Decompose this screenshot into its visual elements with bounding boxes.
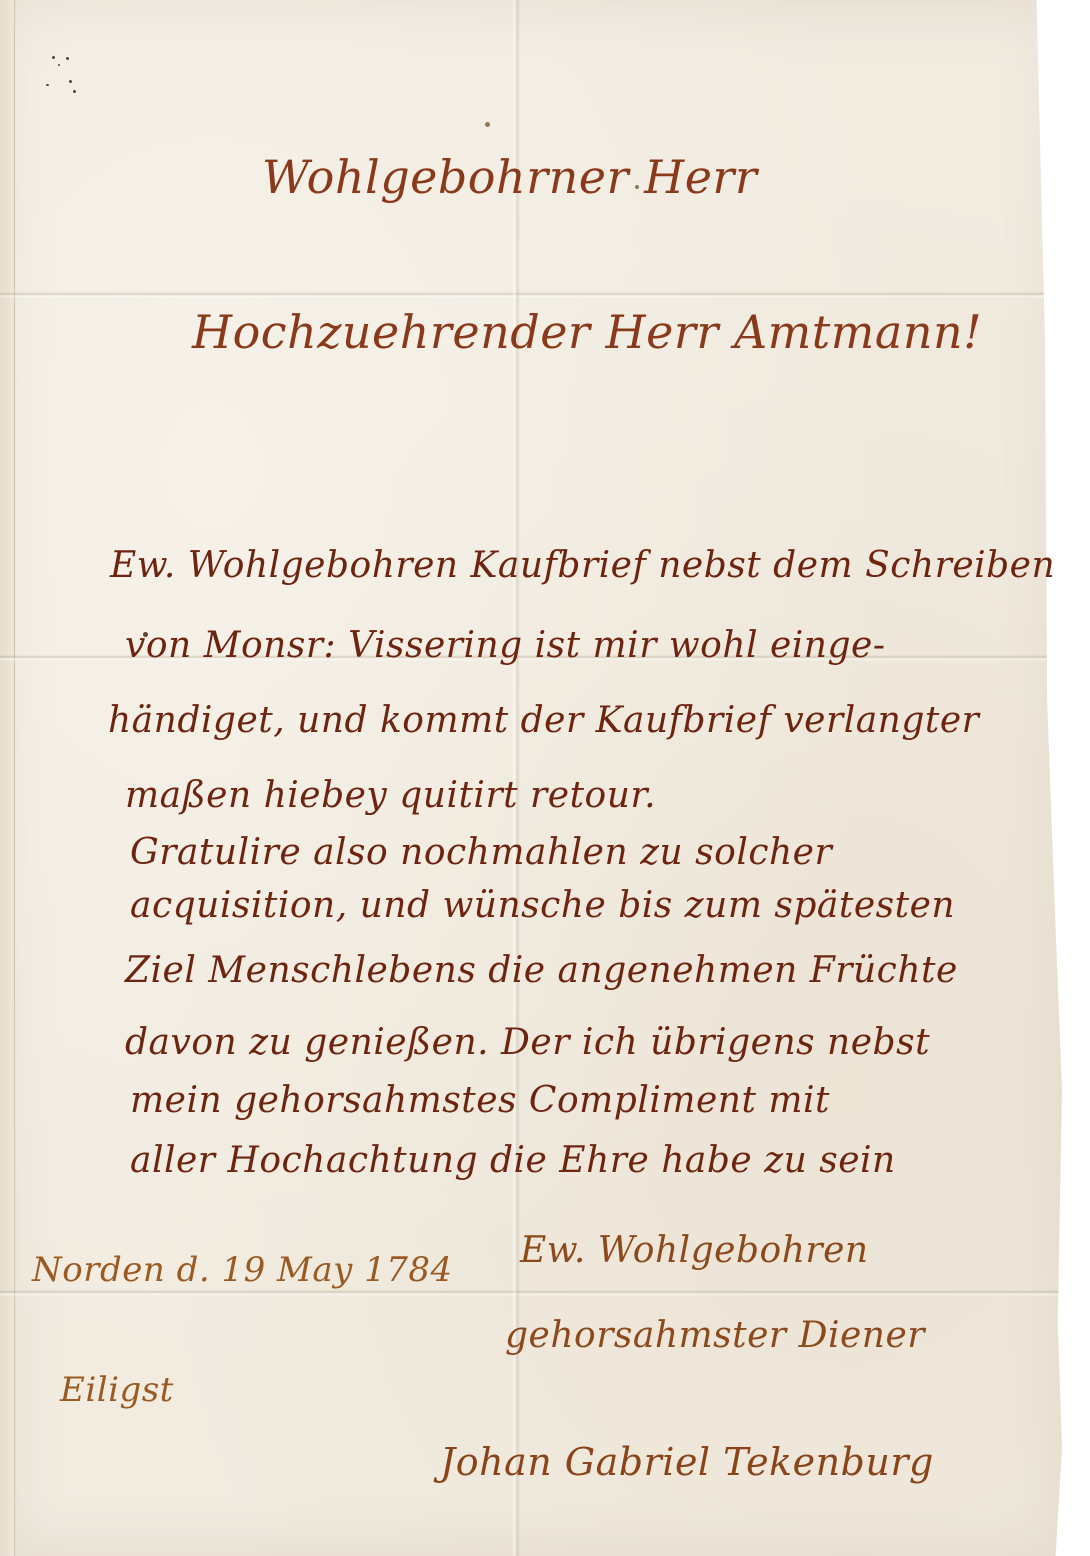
closing-line-1: Ew. Wohlgebohren: [520, 1230, 869, 1271]
salutation-line-2: Hochzuehrender Herr Amtmann!: [192, 305, 982, 359]
body-line-3: händiget, und kommt der Kaufbrief verlan…: [108, 700, 979, 741]
body-line-8: davon zu genießen. Der ich übrigens nebs…: [125, 1022, 930, 1063]
fold-line-horizontal: [0, 292, 1062, 298]
ink-speck: [69, 80, 72, 83]
body-line-9: mein gehorsahmstes Compliment mit: [130, 1080, 830, 1121]
paper-left-edge: [0, 0, 15, 1556]
ink-speck: [66, 57, 69, 60]
closing-line-2: gehorsahmster Diener: [505, 1315, 925, 1356]
place-date: Norden d. 19 May 1784: [32, 1250, 453, 1290]
ink-speck: [58, 64, 60, 66]
urgency-note: Eiligst: [60, 1370, 174, 1410]
body-line-6: acquisition, und wünsche bis zum spätest…: [130, 885, 955, 926]
ink-speck: [73, 90, 76, 93]
body-line-2: von Monsr: Vissering ist mir wohl einge-: [125, 625, 886, 666]
body-line-7: Ziel Menschlebens die angenehmen Früchte: [125, 950, 958, 991]
fold-line-horizontal: [0, 1290, 1062, 1296]
body-line-5: Gratulire also nochmahlen zu solcher: [130, 832, 832, 873]
ink-speck: [46, 84, 49, 86]
body-line-1: Ew. Wohlgebohren Kaufbrief nebst dem Sch…: [110, 545, 1055, 586]
body-line-10: aller Hochachtung die Ehre habe zu sein: [130, 1140, 896, 1181]
signature: Johan Gabriel Tekenburg: [440, 1440, 934, 1484]
ink-speck: [52, 56, 55, 59]
salutation-line-1: Wohlgebohrner Herr: [262, 150, 757, 204]
body-line-4: maßen hiebey quitirt retour.: [125, 775, 656, 816]
ink-speck: [485, 122, 490, 127]
